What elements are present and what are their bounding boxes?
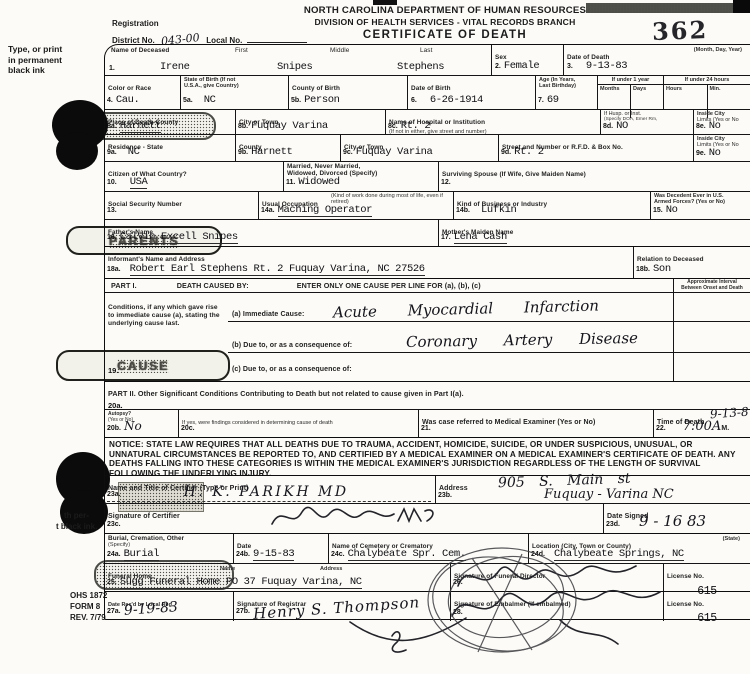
res-state-num: 9a. — [107, 149, 117, 156]
industry-num: 14b. — [456, 207, 470, 214]
field-informant: Informant's Name and Address 18a.Robert … — [105, 247, 633, 278]
middle-label: Middle — [330, 47, 349, 54]
pod-city-num: 8b. — [238, 123, 248, 130]
field-date-of-death: Date of Death (Month, Day, Year) 3.9-13-… — [563, 45, 750, 75]
autopsy-value: No — [124, 419, 142, 433]
marital-num: 11. — [286, 179, 295, 186]
field-director-license: License No. 615 — [663, 564, 750, 591]
burial-date-num: 24b. — [236, 551, 250, 558]
dob-num: 6. — [411, 97, 417, 104]
tod-suffix: M. — [721, 425, 729, 432]
field-pod-city: City or Town 8b.Fuquay Varina — [235, 110, 385, 134]
notice-text: NOTICE: STATE LAW REQUIRES THAT ALL DEAT… — [109, 440, 746, 478]
margin-instruction: Type, or print in permanent black ink — [8, 44, 98, 76]
name-label: Name of Deceased — [111, 47, 169, 54]
cause-19-num: 19. — [108, 367, 118, 375]
burial-type-num: 24a. — [107, 551, 121, 558]
referred-label: Was case referred to Medical Examiner (Y… — [422, 419, 595, 426]
cause-line-a: (a) Immediate Cause: Acute Myocardial In… — [228, 293, 673, 322]
embalmer-signature-tail — [560, 620, 618, 644]
sex-num: 2. — [495, 63, 501, 70]
field-under-1-year: If under 1 year Months Days — [597, 76, 663, 109]
marital-value: Widowed — [298, 176, 339, 188]
res-street-num: 9d. — [501, 149, 511, 156]
forces-num: 15. — [653, 207, 663, 214]
row-birth: Color or Race 4.Cau. State of Birth (If … — [105, 75, 750, 109]
field-state-of-birth: State of Birth (If not U.S.A., give Coun… — [180, 76, 288, 109]
funeral-home-value: Sugg Funeral Home PO 37 Fuquay Varina, N… — [120, 576, 362, 589]
field-certifier-name: Name and Title of Certifier (Type or Pri… — [105, 476, 435, 503]
res-street-value: Rt. 2 — [514, 146, 544, 158]
cause-a-label: (a) Immediate Cause: — [232, 311, 304, 318]
field-pod-city-limits: Inside City Limits (Yes or No 8e.No — [693, 110, 750, 134]
registrar-flourish — [350, 618, 466, 640]
field-time-of-death: Time of Death 9-13-8 22.7:00AM. — [653, 410, 750, 437]
field-sex: Sex 2.Female — [491, 45, 563, 75]
death-certificate-scan: NORTH CAROLINA DEPARTMENT OF HUMAN RESOU… — [0, 0, 750, 674]
field-name-of-deceased: Name of Deceased First Middle Last 1. Ir… — [105, 45, 491, 75]
field-husp: If Husp. or Inst. (Specify DOA, Emer Rm,… — [600, 110, 693, 134]
field-pod-county: Place of Death-County 8a.Harnett — [105, 110, 235, 134]
burial-location-num: 24d. — [531, 551, 545, 558]
director-sig-num: 26. — [453, 579, 463, 586]
director-license-label: License No. — [667, 573, 704, 580]
referred-num: 21. — [421, 425, 431, 432]
last-label: Last — [420, 47, 432, 54]
u1y-label: If under 1 year — [598, 76, 663, 85]
cause-lines: (a) Immediate Cause: Acute Myocardial In… — [228, 293, 673, 381]
cemetery-value: Chalybeate Spr. Cem. — [348, 548, 466, 561]
form-code-line2: FORM 8 — [70, 601, 107, 612]
field-funeral-home: Funeral Home Name Address 25.Sugg Funera… — [105, 564, 450, 591]
row-parents: Father's Name 16.Calvin Excell Snipes Mo… — [105, 219, 750, 246]
field-date-signed: Date Signed 23d.9 - 16 83 — [603, 504, 750, 533]
row-registrar: Date Rec'd by Local Reg. 27a.9-19-83 Sig… — [105, 591, 750, 621]
date-received-num: 27a. — [107, 608, 121, 615]
cob-num: 5b. — [291, 97, 301, 104]
pod-city-value: Fuquay Varina — [251, 120, 328, 132]
field-certifier-signature: Signature of Certifier 23c. — [105, 504, 603, 533]
field-res-city: City or Town 9c.Fuquay Varina — [340, 135, 498, 161]
relation-num: 18b. — [636, 266, 650, 273]
part1-header: PART I. DEATH CAUSED BY: ENTER ONLY ONE … — [105, 279, 673, 292]
margin-fragment-1: th per- — [64, 511, 89, 520]
husp-value: NO — [616, 120, 628, 132]
mother-value: Lena Cash — [454, 231, 507, 244]
row-part2-header: PART II. Other Significant Conditions Co… — [105, 381, 750, 394]
part2-header: PART II. Other Significant Conditions Co… — [105, 382, 750, 394]
field-father: Father's Name 16.Calvin Excell Snipes — [105, 220, 438, 246]
registrar-lee-squiggle — [392, 632, 406, 652]
field-age: Age (In Years, Last Birthday) 7.69 — [535, 76, 597, 109]
forces-value: No — [666, 204, 678, 216]
row-informant: Informant's Name and Address 18a.Robert … — [105, 246, 750, 278]
last-name-value: Stephens — [397, 62, 444, 73]
registration-label: Registration — [112, 19, 372, 28]
margin-fragment-2: t black ink. — [56, 522, 97, 531]
row-autopsy: Autopsy? (Yes or No) 20b.No If yes, were… — [105, 409, 750, 437]
occupation-value: Maching Operator — [278, 204, 372, 217]
dod-num: 3. — [567, 63, 573, 70]
field-relation: Relation to Deceased 18b.Son — [633, 247, 750, 278]
age-num: 7. — [538, 97, 544, 104]
registrar-sig-value: Henry S. Thompson — [253, 596, 421, 621]
part1-enter-label: ENTER ONLY ONE CAUSE PER LINE FOR (a), (… — [297, 282, 481, 289]
sob-num: 5a. — [183, 97, 193, 104]
scan-corner-block — [733, 0, 750, 13]
date-signed-num: 23d. — [606, 521, 620, 528]
first-name-value: Irene — [160, 62, 190, 73]
ssn-num: 13. — [107, 207, 117, 214]
interval-column — [673, 293, 750, 381]
field-res-city-limits: Inside City Limits (Yes or No 9e.No — [693, 135, 750, 161]
field-me-referred: Was case referred to Medical Examiner (Y… — [418, 410, 653, 437]
field-registrar-signature: Signature of Registrar 27b.Henry S. Thom… — [233, 592, 450, 621]
res-city-num: 9c. — [343, 149, 353, 156]
field-mother: Mother's Maiden Name 17.Lena Cash — [438, 220, 750, 246]
director-sig-label: Signature of Funeral Director — [454, 573, 545, 580]
field-res-state: Residence - State 9a.NC — [105, 135, 235, 161]
pod-icl-num: 8e. — [696, 123, 706, 130]
pod-county-num: 8a. — [107, 123, 117, 130]
row-residence: Residence - State 9a.NC County 9b.Harnet… — [105, 134, 750, 161]
cause-conditions: Conditions, if any which gave rise to im… — [105, 293, 228, 381]
certifier-address-num: 23b. — [438, 492, 452, 499]
name-num: 1. — [109, 65, 115, 73]
u24-label: If under 24 hours — [664, 76, 750, 85]
field-color-race: Color or Race 4.Cau. — [105, 76, 180, 109]
hospital-num: 8c. — [388, 123, 398, 130]
field-ssn: Social Security Number 13. — [105, 192, 258, 219]
field-occupation: Usual Occupation (Kind of work done duri… — [258, 192, 453, 219]
row-funeral-home: Funeral Home Name Address 25.Sugg Funera… — [105, 563, 750, 591]
res-county-value: Harnett — [251, 146, 292, 158]
field-director-signature: Signature of Funeral Director 26. — [450, 564, 663, 591]
field-date-received: Date Rec'd by Local Reg. 27a.9-19-83 — [105, 592, 233, 621]
field-embalmer-license: License No. 615 — [663, 592, 750, 621]
row-part1-header: PART I. DEATH CAUSED BY: ENTER ONLY ONE … — [105, 278, 750, 292]
mother-num: 17. — [441, 234, 451, 241]
dod-value: 9-13-83 — [586, 60, 627, 72]
row-citizen: Citizen of What Country? 10.USA Married,… — [105, 161, 750, 191]
dob-value: 6-26-1914 — [430, 94, 483, 106]
margin-instruction-line2: in permanent — [8, 55, 98, 66]
field-burial-type: Burial, Cremation, Other (Specify) 24a.B… — [105, 534, 233, 563]
pod-county-value: Harnett — [120, 120, 161, 133]
field-autopsy: Autopsy? (Yes or No) 20b.No — [105, 410, 178, 437]
father-num: 16. — [107, 234, 117, 241]
interval-label2: Between Onset and Death — [676, 285, 748, 291]
cause-c-label: (c) Due to, or as a consequence of: — [232, 366, 352, 373]
citizen-num: 10. — [107, 179, 117, 186]
embalmer-sig-num: 28. — [453, 609, 463, 616]
row-occupation: Social Security Number 13. Usual Occupat… — [105, 191, 750, 219]
first-label: First — [235, 47, 248, 54]
certifier-address-line2: Fuquay - Varina NC — [544, 488, 674, 501]
cause-conditions-text: Conditions, if any which gave rise to im… — [108, 304, 225, 328]
part1-label: PART I. — [111, 282, 137, 289]
field-armed-forces: Was Decedent Ever in U.S. Armed Forces? … — [650, 192, 750, 219]
husp-num: 8d. — [603, 123, 613, 130]
form-code: OHS 1872 FORM 8 REV. 7/79 — [70, 590, 107, 623]
field-certifier-address: Address 905 S. Main st Fuquay - Varina N… — [435, 476, 750, 503]
certifier-name-value: H. K. PARIKH MD — [184, 484, 349, 500]
field-industry: Kind of Business or Industry 14b.Lufkin — [453, 192, 650, 219]
certificate-number-stamp: 362 — [652, 15, 709, 46]
res-icl-value: No — [709, 147, 721, 159]
certificate-form: Name of Deceased First Middle Last 1. Ir… — [104, 44, 750, 620]
field-cemetery: Name of Cemetery or Crematory 24c.Chalyb… — [328, 534, 528, 563]
father-value: Calvin Excell Snipes — [120, 231, 238, 244]
row-place-of-death: Place of Death-County 8a.Harnett City or… — [105, 109, 750, 134]
date-signed-value: 9 - 16 83 — [639, 512, 706, 530]
tod-num: 22. — [656, 425, 666, 432]
autopsy-num: 20b. — [107, 425, 121, 432]
field-res-street: Street and Number or R.F.D. & Box No. 9d… — [498, 135, 693, 161]
interval-header: Approximate Interval Between Onset and D… — [673, 279, 750, 292]
industry-value: Lufkin — [481, 204, 516, 216]
sob-value: NC — [204, 94, 216, 106]
middle-name-value: Snipes — [277, 62, 312, 73]
interval-c — [674, 353, 750, 381]
field-marital-status: Married, Never Married, Widowed, Divorce… — [283, 162, 438, 191]
field-findings: If yes, were findings considered in dete… — [178, 410, 418, 437]
res-icl-num: 9e. — [696, 150, 706, 157]
cause-b-label: (b) Due to, or as a consequence of: — [232, 342, 352, 349]
row-part2-line: 20a. — [105, 394, 750, 409]
field-burial-location: Location (City, Town or County) (State) … — [528, 534, 750, 563]
hospital-value: Rt. 2 — [401, 120, 431, 132]
field-burial-date: Date 24b.9-15-83 — [233, 534, 328, 563]
cemetery-num: 24c. — [331, 551, 345, 558]
field-hospital: Name of Hospital or Institution (If not … — [385, 110, 600, 134]
field-citizen: Citizen of What Country? 10.USA — [105, 162, 283, 191]
redaction-blob-top2 — [56, 132, 98, 170]
field-date-of-birth: Date of Birth 6.6-26-1914 — [407, 76, 535, 109]
funeral-home-num: 25. — [107, 579, 117, 586]
cause-line-b: (b) Due to, or as a consequence of: Coro… — [228, 322, 673, 353]
findings-num: 20c. — [181, 425, 195, 432]
relation-value: Son — [653, 263, 671, 275]
tod-value: 7:00A — [683, 419, 722, 434]
row-notice: NOTICE: STATE LAW REQUIRES THAT ALL DEAT… — [105, 437, 750, 475]
form-code-line1: OHS 1872 — [70, 590, 107, 601]
res-city-value: Fuquay Varina — [356, 146, 433, 158]
dod-hint: (Month, Day, Year) — [694, 47, 742, 53]
cob-value: Person — [304, 94, 339, 106]
cause-b-value: Coronary Artery Disease — [406, 332, 638, 349]
age-value: 69 — [547, 94, 559, 106]
res-county-num: 9b. — [238, 149, 248, 156]
certifier-sig-num: 23c. — [107, 521, 121, 528]
header-agency-line1: NORTH CAROLINA DEPARTMENT OF HUMAN RESOU… — [200, 5, 690, 16]
part1-caused-label: DEATH CAUSED BY: — [177, 282, 249, 289]
burial-type-label: Burial, Cremation, Other — [108, 535, 230, 542]
occupation-num: 14a. — [261, 207, 275, 214]
row-burial: Burial, Cremation, Other (Specify) 24a.B… — [105, 533, 750, 563]
sex-value: Female — [504, 60, 539, 72]
embalmer-license-value: 615 — [667, 613, 747, 624]
margin-instruction-line1: Type, or print — [8, 44, 98, 55]
row-cause-block: Conditions, if any which gave rise to im… — [105, 292, 750, 381]
field-county-of-birth: County of Birth 5b.Person — [288, 76, 407, 109]
informant-num: 18a. — [107, 266, 121, 273]
part2-line: 20a. — [105, 394, 750, 409]
citizen-value: USA — [130, 176, 148, 189]
burial-location-value: Chalybeate Springs, NC — [554, 548, 684, 561]
certifier-name-num: 23a. — [107, 491, 121, 498]
race-value: Cau. — [116, 94, 140, 106]
embalmer-license-label: License No. — [667, 601, 704, 608]
registrar-sig-num: 27b. — [236, 608, 250, 615]
findings-label: If yes, were findings considered in dete… — [182, 420, 333, 426]
burial-date-value: 9-15-83 — [253, 548, 294, 561]
field-under-24-hours: If under 24 hours Hours Min. — [663, 76, 750, 109]
interval-a — [674, 293, 750, 322]
burial-type-value: Burial — [124, 548, 159, 561]
local-no-blank — [247, 34, 307, 43]
field-embalmer-signature: Signature of Embalmer (If embalmed) 28. — [450, 592, 663, 621]
informant-value: Robert Earl Stephens Rt. 2 Fuquay Varina… — [130, 263, 425, 276]
form-code-line3: REV. 7/79 — [70, 612, 107, 623]
field-res-county: County 9b.Harnett — [235, 135, 340, 161]
burial-location-state-label: (State) — [723, 536, 740, 542]
marital-label: Married, Never Married, — [287, 163, 435, 170]
spouse-num: 12. — [441, 179, 451, 186]
race-num: 4. — [107, 97, 113, 104]
interval-b — [674, 322, 750, 353]
field-surviving-spouse: Surviving Spouse (If Wife, Give Maiden N… — [438, 162, 750, 191]
cause-a-value: Acute Myocardial Infarction — [333, 300, 599, 320]
row-certifier-signature: Signature of Certifier 23c. Date Signed … — [105, 503, 750, 533]
row-name: Name of Deceased First Middle Last 1. Ir… — [105, 45, 750, 75]
cause-line-c: (c) Due to, or as a consequence of: — [228, 353, 673, 381]
row-certifier: Name and Title of Certifier (Type or Pri… — [105, 475, 750, 503]
date-received-value: 9-19-83 — [123, 601, 178, 618]
res-state-value: NC — [128, 146, 140, 158]
spouse-label: Surviving Spouse (If Wife, Give Maiden N… — [442, 171, 586, 178]
pod-icl-value: No — [709, 120, 721, 132]
margin-instruction-line3: black ink — [8, 65, 98, 76]
embalmer-sig-label: Signature of Embalmer (If embalmed) — [454, 601, 571, 608]
notice-box: NOTICE: STATE LAW REQUIRES THAT ALL DEAT… — [105, 438, 750, 475]
